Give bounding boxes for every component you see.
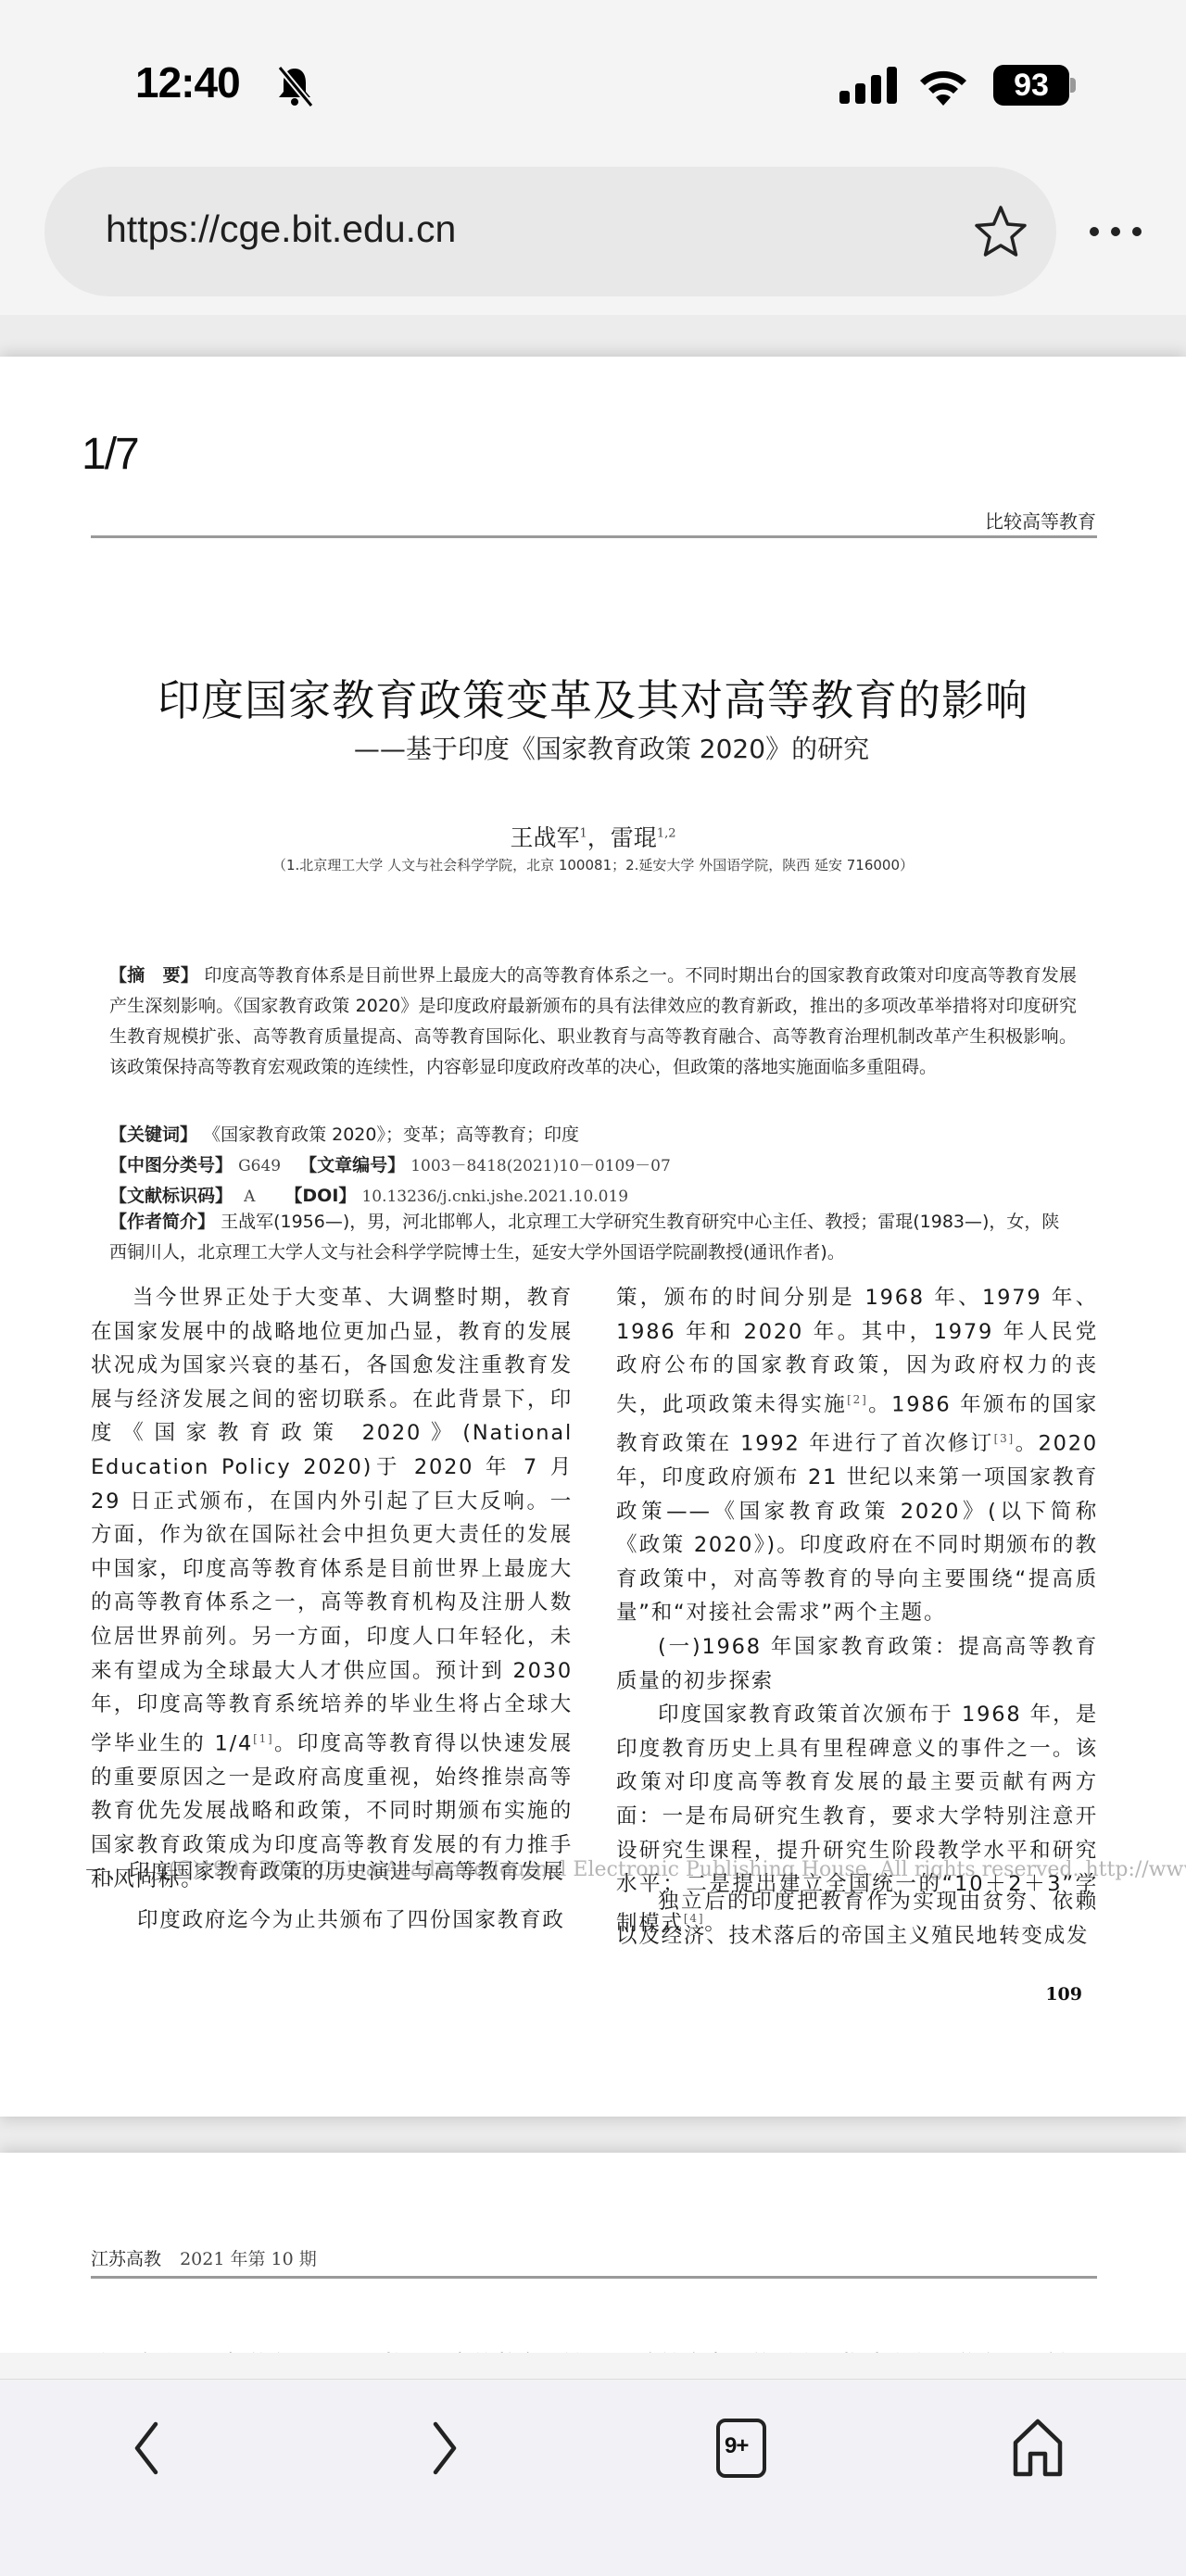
body-paragraph: 当今世界正处于大变革、大调整时期，教育在国家发展中的战略地位更加凸显，教育的发展… <box>91 1281 573 1896</box>
article-no-label: 【文章编号】 <box>299 1155 405 1175</box>
chevron-left-icon <box>128 2420 165 2476</box>
paragraph-text: 当今世界正处于大变革、大调整时期，教育在国家发展中的战略地位更加凸显，教育的发展… <box>91 1286 573 1755</box>
bio-text: 王战军(1956—)，男，河北邯郸人，北京理工大学研究生教育研究中心主任、教授；… <box>109 1212 1059 1263</box>
home-button[interactable] <box>1001 2411 1075 2485</box>
keywords-label: 【关键词】 <box>109 1125 197 1145</box>
citation-ref[interactable]: [1] <box>253 1732 273 1745</box>
running-head-journal: 江苏高教 2021 年第 10 期 <box>91 2245 317 2270</box>
author-name: 雷琨 <box>611 824 657 851</box>
status-bar: 12:40 93 <box>0 0 1186 167</box>
pdf-viewer[interactable]: 1/7 比较高等教育 印度国家教育政策变革及其对高等教育的影响 ——基于印度《国… <box>0 315 1186 2353</box>
ellipsis-icon <box>1090 227 1099 236</box>
doi-label: 【DOI】 <box>284 1186 356 1206</box>
clipped-text-left: 达国家这一目标的主要工具，特别是高等教育。被 <box>91 2347 587 2353</box>
journal-name: 江苏高教 <box>91 2249 161 2269</box>
paragraph-text: 。2020 年，印度政府颁布 21 世纪以来第一项国家教育政策——《国家教育政策… <box>616 1431 1098 1625</box>
pdf-page-2: 江苏高教 2021 年第 10 期 达国家这一目标的主要工具，特别是高等教育。被… <box>0 2153 1186 2353</box>
keywords-line: 【关键词】 《国家教育政策 2020》；变革；高等教育；印度 <box>109 1121 579 1146</box>
battery-tip <box>1070 78 1076 93</box>
author-name: 王战军 <box>510 824 579 851</box>
back-button[interactable] <box>109 2411 183 2485</box>
home-icon <box>1012 2419 1064 2478</box>
keywords-text: 《国家教育政策 2020》；变革；高等教育；印度 <box>203 1125 579 1145</box>
author-affil-mark: 1 <box>580 827 587 841</box>
body-paragraph-start: 印度政府迄今为止共颁布了四份国家教育政 <box>137 1904 565 1933</box>
header-rule <box>91 535 1097 538</box>
star-icon[interactable] <box>971 202 1030 261</box>
tabs-count: 9+ <box>725 2433 748 2459</box>
battery-level: 93 <box>993 65 1069 106</box>
bell-slash-icon <box>274 65 315 107</box>
article-no-value: 1003－8418(2021)10－0109－07 <box>410 1157 671 1175</box>
abstract-label: 【摘 要】 <box>109 965 198 986</box>
running-head-section: 比较高等教育 <box>985 507 1096 534</box>
doc-code-value: A <box>244 1187 255 1206</box>
wifi-icon <box>917 65 969 106</box>
body-column-left: 当今世界正处于大变革、大调整时期，教育在国家发展中的战略地位更加凸显，教育的发展… <box>91 1281 573 1896</box>
header-rule <box>91 2276 1097 2279</box>
article-title: 印度国家教育政策变革及其对高等教育的影响 <box>0 667 1186 728</box>
status-time: 12:40 <box>135 57 240 107</box>
body-paragraph: 策，颁布的时间分别是 1968 年、1979 年、1986 年和 2020 年。… <box>616 1281 1098 1630</box>
more-options-button[interactable] <box>1090 211 1142 252</box>
article-subtitle: ——基于印度《国家教育政策 2020》的研究 <box>0 729 1186 766</box>
author-affil-mark: 1,2 <box>657 827 676 841</box>
forward-button[interactable] <box>408 2411 482 2485</box>
paragraph-text: 独立后的印度把教育作为实现由贫穷、依赖以及经济、技术落后的帝国主义殖民地转变成发 <box>616 1885 1098 1953</box>
bio-label: 【作者简介】 <box>109 1212 215 1232</box>
doi-value[interactable]: 10.13236/j.cnki.jshe.2021.10.019 <box>361 1187 628 1206</box>
clipped-text-right: 经济社会发展的需求，构造成附属学院“同质化” <box>616 2347 1091 2353</box>
body-paragraph: 独立后的印度把教育作为实现由贫穷、依赖以及经济、技术落后的帝国主义殖民地转变成发 <box>616 1885 1098 1953</box>
author-separator: ， <box>587 824 611 851</box>
body-column-right: 策，颁布的时间分别是 1968 年、1979 年、1986 年和 2020 年。… <box>616 1281 1098 1941</box>
clc-value: G649 <box>238 1157 281 1175</box>
ellipsis-icon <box>1111 227 1120 236</box>
pdf-page-1: 1/7 比较高等教育 印度国家教育政策变革及其对高等教育的影响 ——基于印度《国… <box>0 357 1186 2117</box>
chevron-right-icon <box>426 2420 463 2476</box>
journal-issue: 2021 年第 10 期 <box>180 2249 317 2269</box>
citation-ref[interactable]: [3] <box>994 1432 1015 1445</box>
abstract-text: 印度高等教育体系是目前世界上最庞大的高等教育体系之一。不同时期出台的国家教育政策… <box>109 965 1077 1077</box>
page-number: 109 <box>1045 1984 1082 2004</box>
bottom-toolbar: 9+ <box>0 2379 1186 2576</box>
abstract: 【摘 要】 印度高等教育体系是目前世界上最庞大的高等教育体系之一。不同时期出台的… <box>109 961 1077 1083</box>
classification-line: 【中图分类号】 G649 【文章编号】 1003－8418(2021)10－01… <box>109 1151 671 1176</box>
affiliations: （1.北京理工大学 人文与社会科学学院，北京 100081；2.延安大学 外国语… <box>0 855 1186 874</box>
tabs-button[interactable]: 9+ <box>704 2411 778 2485</box>
url-text[interactable]: https://cge.bit.edu.cn <box>106 207 456 251</box>
doi-line: 【文献标识码】 A 【DOI】 10.13236/j.cnki.jshe.202… <box>109 1182 628 1207</box>
ellipsis-icon <box>1132 227 1142 236</box>
subsection-heading: (一)1968 年国家教育政策：提高高等教育质量的初步探索 <box>616 1630 1098 1698</box>
address-bar[interactable]: https://cge.bit.edu.cn <box>44 167 1056 296</box>
copyright-watermark: (C)1994-2021 China Academic Journal Elec… <box>169 1858 1186 1881</box>
cellular-signal-icon <box>839 67 897 104</box>
author-list: 王战军1，雷琨1,2 <box>0 820 1186 853</box>
page-indicator: 1/7 <box>82 429 138 480</box>
clc-label: 【中图分类号】 <box>109 1155 233 1175</box>
author-bio: 【作者简介】 王战军(1956—)，男，河北邯郸人，北京理工大学研究生教育研究中… <box>109 1207 1077 1268</box>
citation-ref[interactable]: [2] <box>847 1393 867 1406</box>
doc-code-label: 【文献标识码】 <box>109 1186 233 1206</box>
